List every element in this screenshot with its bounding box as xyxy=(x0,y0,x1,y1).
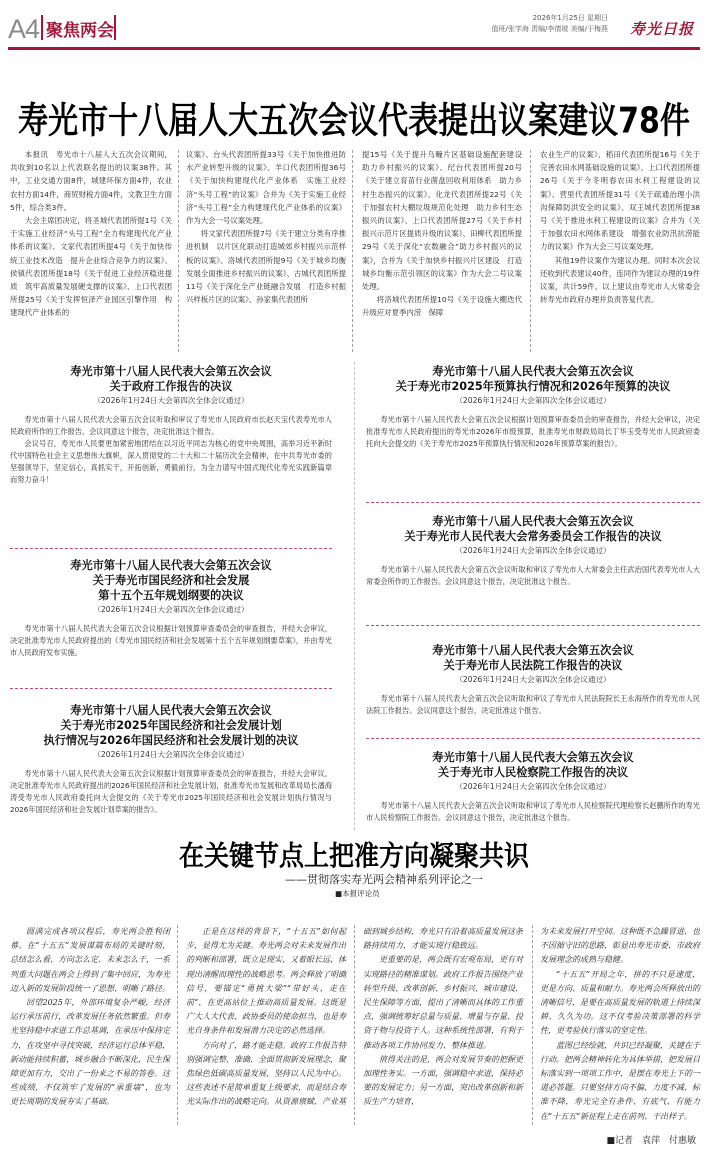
paragraph: 大会主席团决定，将圣城代表团所提1号《关于实施工业经济“头号工程”全力构建现代化… xyxy=(10,214,172,320)
column-divider xyxy=(178,150,179,352)
resolution-subtitle: （2026年1月24日大会第四次全体会议通过） xyxy=(366,545,700,557)
column-divider xyxy=(354,362,355,830)
resolution-subtitle: （2026年1月24日大会第四次全体会议通过） xyxy=(366,781,700,793)
section-divider xyxy=(366,502,700,503)
resolution-title: 寿光市第十八届人民代表大会第五次会议 关于寿光市2025年国民经济和社会发展计划… xyxy=(10,703,332,748)
lead-article-column-1: 本报讯 寿光市十八届人大五次会议期间，共收到10名以上代表联名提出的议案38件。… xyxy=(10,148,172,320)
paragraph: 蓝图已经绘就，共识已经凝聚，关键在于行动。把两会精神转化为具体举措，把发展目标落… xyxy=(540,1039,700,1124)
resolution-title: 寿光市第十八届人民代表大会第五次会议 关于寿光市人民检察院工作报告的决议 xyxy=(366,750,700,780)
page-headline: 寿光市十八届人大五次会议代表提出议案建议78件 xyxy=(0,91,708,144)
paragraph: “十五五”开局之年，拼的不只是速度，更是方向、质量和耐力。寿光两会所释放出的清晰… xyxy=(540,968,700,1039)
masthead-rule xyxy=(8,47,700,50)
section-divider xyxy=(10,688,332,689)
resolution-standing-committee: 寿光市第十八届人民代表大会第五次会议 关于寿光市人民代表大会常务委员会工作报告的… xyxy=(366,514,700,588)
resolution-title: 寿光市第十八届人民代表大会第五次会议 关于寿光市人民法院工作报告的决议 xyxy=(366,643,700,673)
commentary-column-3: 础到城乡结构，寿光只有沿着高质量发展这条路持续用力，才能实现行稳致远。 更重要的… xyxy=(363,925,523,1110)
resolution-subtitle: （2026年1月24日大会第四次全体会议通过） xyxy=(10,749,332,761)
resolution-body: 寿光市第十八届人民代表大会第五次会议听取和审议了寿光市人民政府市长赵天宝代表寿光… xyxy=(10,414,332,486)
resolution-title: 寿光市第十八届人民代表大会第五次会议 关于寿光市人民代表大会常务委员会工作报告的… xyxy=(366,514,700,544)
resolution-body: 寿光市第十八届人民代表大会第五次会议根据计划预算审查委员会的审查报告，并经大会审… xyxy=(10,623,332,659)
issue-meta: 2026年1月25日 星期日 值班/张学海 责编/李倩玻 美编/于梅燕 xyxy=(491,13,608,35)
resolution-body: 寿光市第十八届人民代表大会第五次会议听取和审议了寿光市人民检察院代理检察长赵鹏所… xyxy=(366,800,700,824)
column-divider xyxy=(177,925,178,1125)
column-divider xyxy=(352,150,353,352)
commentary-byline: ■本报评论员 xyxy=(335,888,380,899)
section-divider xyxy=(10,548,332,549)
commentary-column-4: 为未来发展打开空间。这种既不急躁冒进、也不因循守旧的思路，彰显出寿光市委、市政府… xyxy=(540,925,700,1124)
resolution-title: 寿光市第十八届人民代表大会第五次会议 关于寿光市国民经济和社会发展 第十五个五年… xyxy=(10,558,332,603)
resolution-five-year-plan: 寿光市第十八届人民代表大会第五次会议 关于寿光市国民经济和社会发展 第十五个五年… xyxy=(10,558,332,659)
section-divider xyxy=(366,625,700,626)
paragraph: 圆满完成各项议程后，寿光两会胜利闭幕。在“十五五”发展谋篇布局的关键时刻，总结怎… xyxy=(10,925,170,996)
paragraph: 将文家代表团所提7号《关于建立分类有序推进机制 以片区化联动打造城郊乡村振兴示范… xyxy=(186,227,346,306)
column-divider xyxy=(354,925,355,1125)
section-divider xyxy=(114,15,116,40)
resolution-body: 寿光市第十八届人民代表大会第五次会议根据计划预算审查委员会的审查报告，并经大会审… xyxy=(10,768,332,816)
newspaper-logo: 寿光日报 xyxy=(630,18,694,39)
commentary-subtitle: ——贯彻落实寿光两会精神系列评论之一 xyxy=(0,871,708,887)
resolution-body: 寿光市第十八届人民代表大会第五次会议根据计划预算审查委员会的审查报告，并经大会审… xyxy=(366,414,700,450)
commentary-column-2: 正是在这样的背景下，“十五五”如何起步，显得尤为关键。寿光两会对未来发展作出的判… xyxy=(186,925,346,1110)
resolution-body: 寿光市第十八届人民代表大会第五次会议听取和审议了寿光市人民法院院长王永海所作的寿… xyxy=(366,693,700,717)
paragraph: 议案》、台头代表团所提33号《关于加快推进防水产业转型升级的议案》、羊口代表团所… xyxy=(186,148,346,227)
resolution-title: 寿光市第十八届人民代表大会第五次会议 关于寿光市2025年预算执行情况和2026… xyxy=(366,364,700,394)
resolution-body: 寿光市第十八届人民代表大会第五次会议听取和审议了寿光市人大常委会主任武治国代表寿… xyxy=(366,564,700,588)
resolution-title: 寿光市第十八届人民代表大会第五次会议 关于政府工作报告的决议 xyxy=(10,364,332,394)
resolution-procuratorate: 寿光市第十八届人民代表大会第五次会议 关于寿光市人民检察院工作报告的决议 （20… xyxy=(366,750,700,824)
section-divider xyxy=(366,738,700,739)
lead-article-column-2: 议案》、台头代表团所提33号《关于加快推进防水产业转型升级的议案》、羊口代表团所… xyxy=(186,148,346,306)
paragraph: 础到城乡结构，寿光只有沿着高质量发展这条路持续用力，才能实现行稳致远。 xyxy=(363,925,523,953)
resolution-economic-plan: 寿光市第十八届人民代表大会第五次会议 关于寿光市2025年国民经济和社会发展计划… xyxy=(10,703,332,816)
masthead: A4 聚焦两会 2026年1月25日 星期日 值班/张学海 责编/李倩玻 美编/… xyxy=(8,8,700,48)
lead-article-column-4: 农业生产的议案》、稻田代表团所提16号《关于完善农田水网基础设施的议案》、上口代… xyxy=(540,148,700,306)
resolution-subtitle: （2026年1月24日大会第四次全体会议通过） xyxy=(10,604,332,616)
commentary-title: 在关键节点上把准方向凝聚共识 xyxy=(0,834,708,874)
paragraph: 提15号《关于提升乌疃片区基础设施配套建设 助力乡村振兴的议案》、纪台代表团所提… xyxy=(362,148,522,293)
resolution-budget: 寿光市第十八届人民代表大会第五次会议 关于寿光市2025年预算执行情况和2026… xyxy=(366,364,700,450)
resolution-subtitle: （2026年1月24日大会第四次全体会议通过） xyxy=(366,395,700,407)
resolution-subtitle: （2026年1月24日大会第四次全体会议通过） xyxy=(366,674,700,686)
column-divider xyxy=(532,925,533,1125)
paragraph: 其他19件议案作为建议办理。同时本次会议还收到代表建议40件，连同作为建议办理的… xyxy=(540,254,700,307)
resolution-government-report: 寿光市第十八届人民代表大会第五次会议 关于政府工作报告的决议 （2026年1月2… xyxy=(10,364,332,486)
paragraph: 正是在这样的背景下，“十五五”如何起步，显得尤为关键。寿光两会对未来发展作出的判… xyxy=(186,925,346,1039)
paragraph: 为未来发展打开空间。这种既不急躁冒进、也不因循守旧的思路，彰显出寿光市委、市政府… xyxy=(540,925,700,968)
paragraph: 值得关注的是，两会对发展节奏的把握更加理性务实。一方面，强调稳中求进，保持必要的… xyxy=(363,1053,523,1110)
page-number: A4 xyxy=(8,14,39,45)
issue-date: 2026年1月25日 星期日 xyxy=(491,13,608,24)
paragraph: 更重要的是，两会既有宏观布局，更有对实现路径的精准谋划。政府工作报告围绕产业转型… xyxy=(363,953,523,1052)
lead-article-column-3: 提15号《关于提升乌疃片区基础设施配套建设 助力乡村振兴的议案》、纪台代表团所提… xyxy=(362,148,522,320)
section-name: 聚焦两会 xyxy=(46,16,114,41)
section-divider xyxy=(41,15,43,40)
paragraph: 回望2025年，外部环境复杂严峻，经济运行承压前行，改革发展任务依然繁重。但寿光… xyxy=(10,996,170,1110)
column-divider xyxy=(530,150,531,352)
paragraph: 方向对了，路才能走稳。政府工作报告特别强调完整、准确、全面贯彻新发展理念，聚焦绿… xyxy=(186,1039,346,1110)
paragraph: 将洛城代表团所提10号《关于设施大棚迭代升级应对夏季内涝 保障 xyxy=(362,293,522,319)
author-credit: ■记者 袁萍 付惠敏 xyxy=(606,1133,696,1146)
resolution-court: 寿光市第十八届人民代表大会第五次会议 关于寿光市人民法院工作报告的决议 （202… xyxy=(366,643,700,717)
editor-credits: 值班/张学海 责编/李倩玻 美编/于梅燕 xyxy=(491,24,608,35)
commentary-column-1: 圆满完成各项议程后，寿光两会胜利闭幕。在“十五五”发展谋篇布局的关键时刻，总结怎… xyxy=(10,925,170,1110)
paragraph: 本报讯 寿光市十八届人大五次会议期间，共收到10名以上代表联名提出的议案38件。… xyxy=(10,148,172,214)
paragraph: 农业生产的议案》、稻田代表团所提16号《关于完善农田水网基础设施的议案》、上口代… xyxy=(540,148,700,254)
resolution-subtitle: （2026年1月24日大会第四次全体会议通过） xyxy=(10,395,332,407)
